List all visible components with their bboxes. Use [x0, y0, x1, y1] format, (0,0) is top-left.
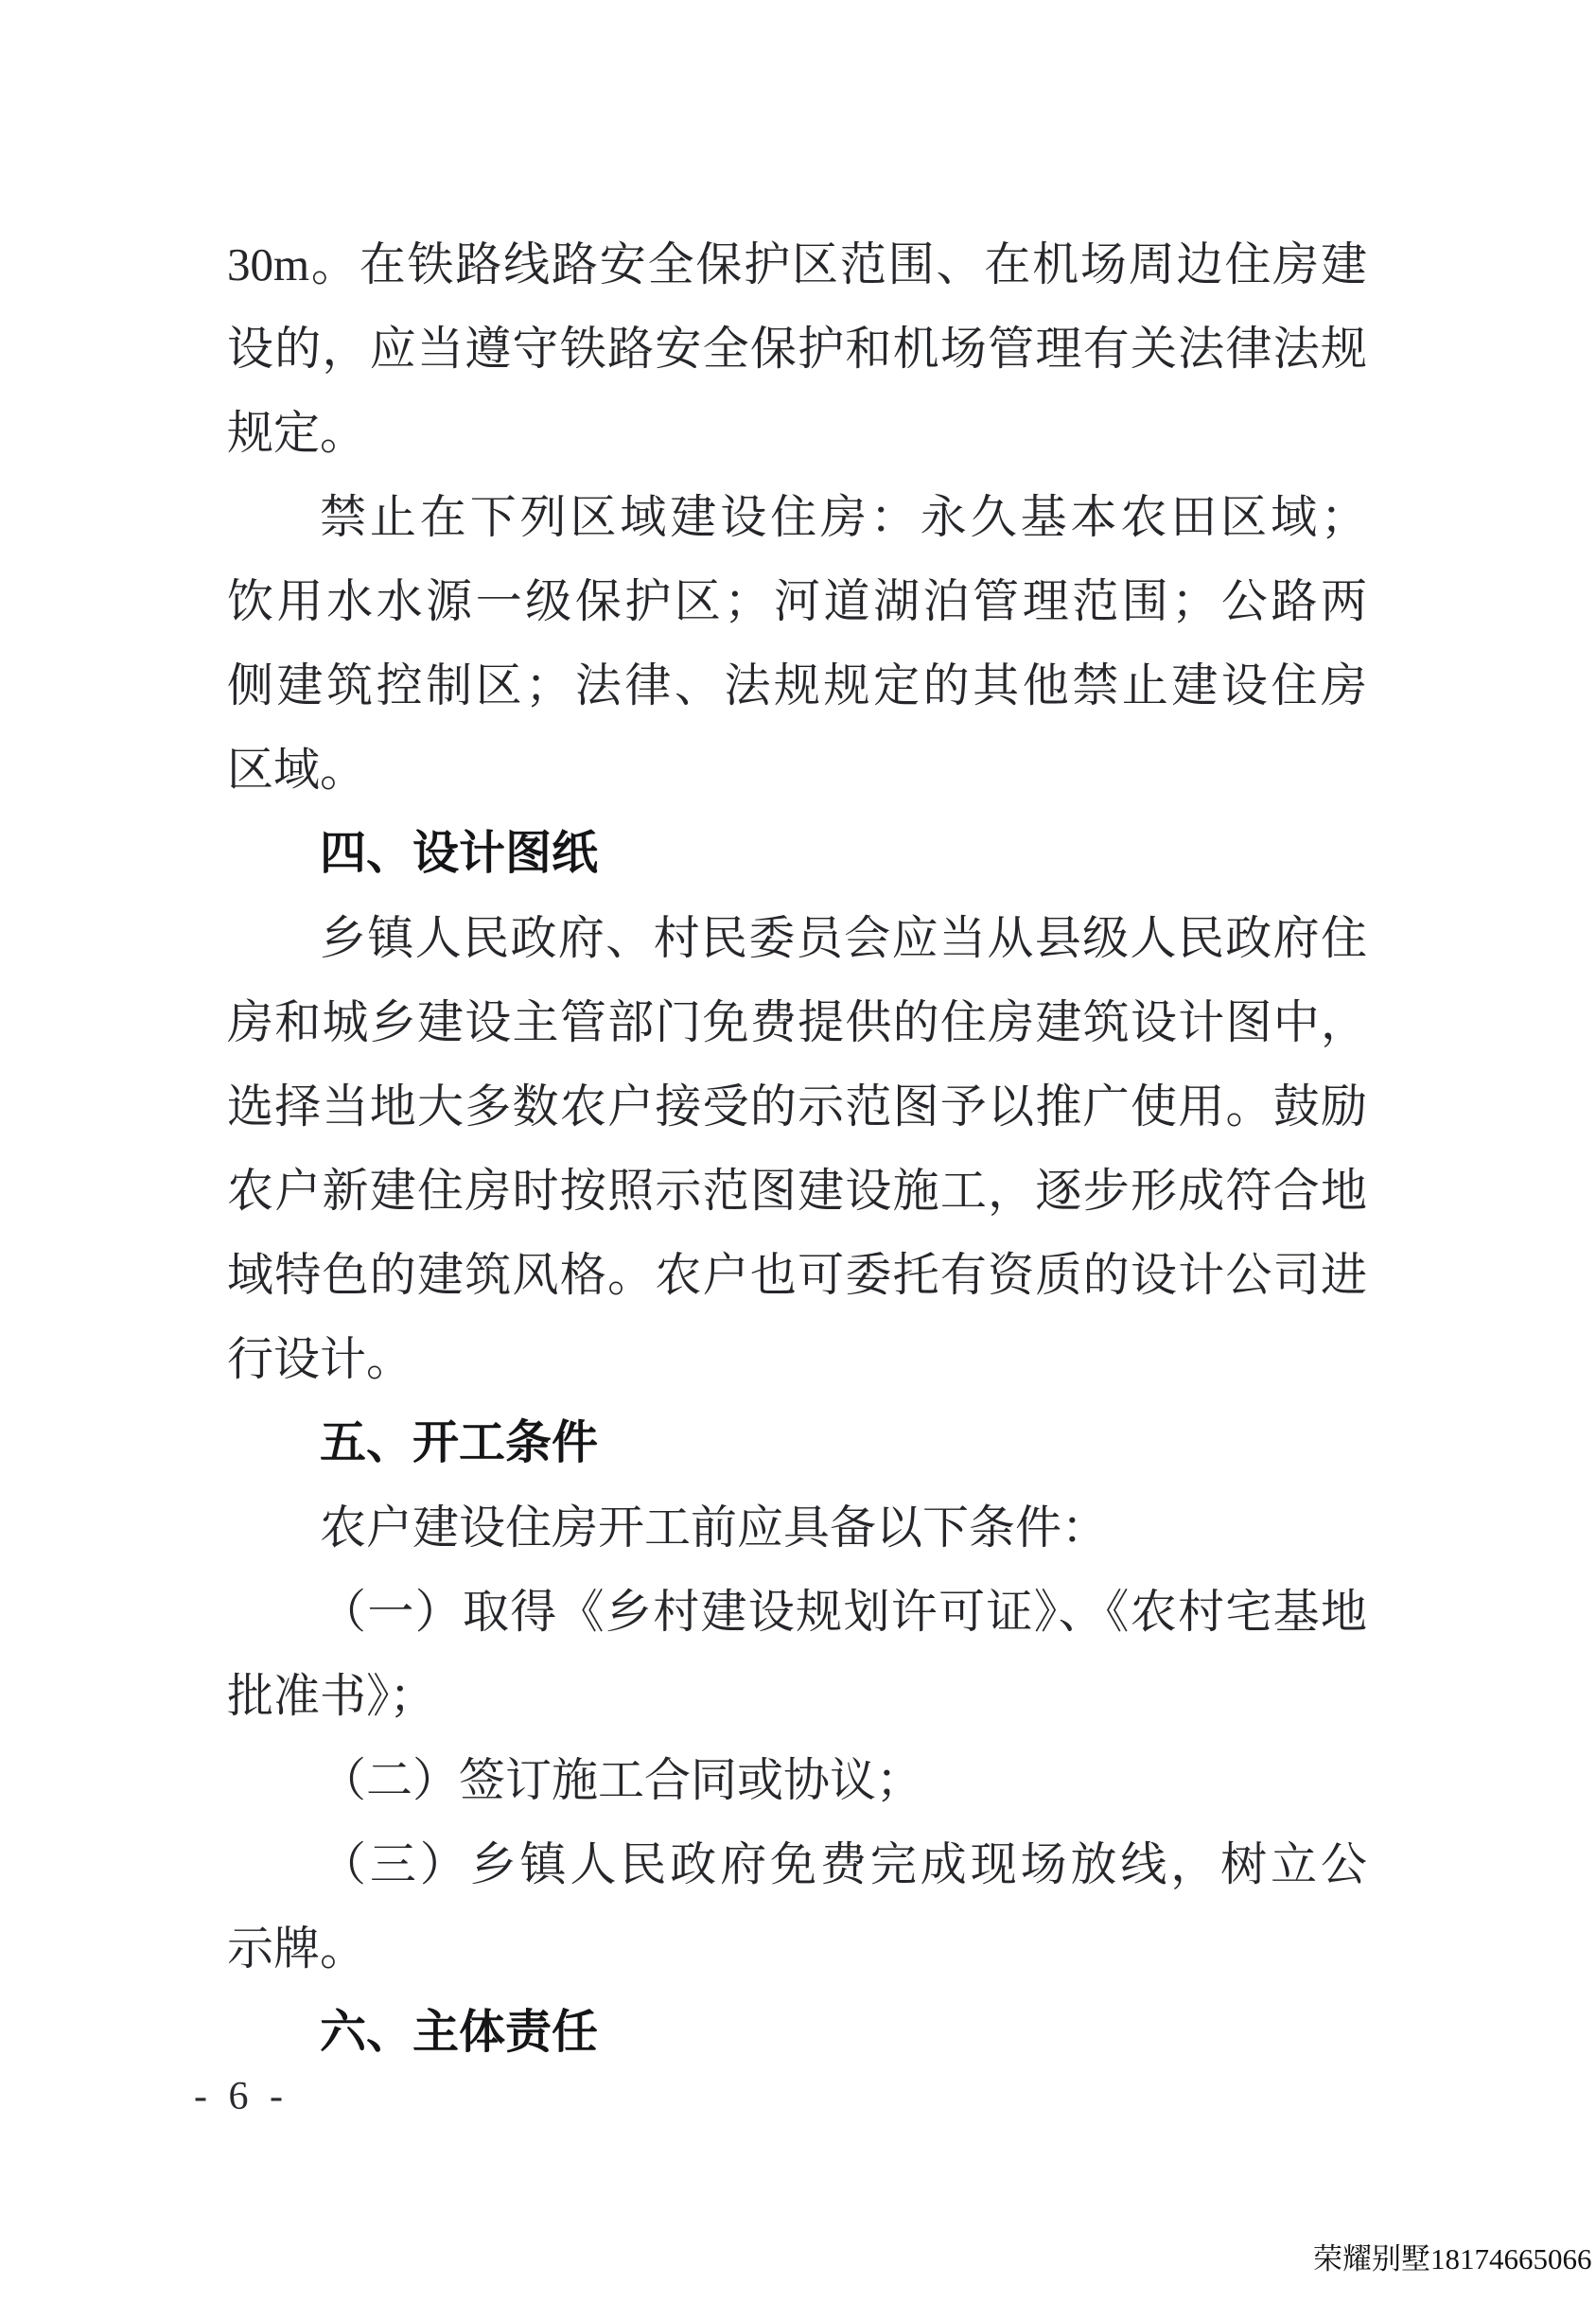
- text-line: 区域。: [227, 728, 1367, 812]
- text-line: 禁止在下列区域建设住房：永久基本农田区域；: [227, 475, 1367, 559]
- text-line: 域特色的建筑风格。农户也可委托有资质的设计公司进: [227, 1233, 1367, 1317]
- watermark-text: 荣耀别墅18174665066: [1313, 2235, 1592, 2277]
- text-line: 行设计。: [227, 1317, 1367, 1401]
- text-line: 乡镇人民政府、村民委员会应当从县级人民政府住: [227, 896, 1367, 980]
- section-heading-4: 四、设计图纸: [227, 812, 1367, 896]
- text-line: 侧建筑控制区；法律、法规规定的其他禁止建设住房: [227, 643, 1367, 728]
- text-line: 示牌。: [227, 1906, 1367, 1991]
- text-line: 饮用水水源一级保护区；河道湖泊管理范围；公路两: [227, 559, 1367, 643]
- text-line: 农户建设住房开工前应具备以下条件：: [227, 1485, 1367, 1570]
- text-line: 房和城乡建设主管部门免费提供的住房建筑设计图中，: [227, 980, 1367, 1064]
- page-number: - 6 -: [194, 2074, 289, 2119]
- text-line: 规定。: [227, 391, 1367, 475]
- text-line: （三）乡镇人民政府免费完成现场放线，树立公: [227, 1822, 1367, 1906]
- text-line: 30m。在铁路线路安全保护区范围、在机场周边住房建: [227, 222, 1367, 307]
- text-line: （一）取得《乡村建设规划许可证》、《农村宅基地: [227, 1570, 1367, 1654]
- text-line: （二）签订施工合同或协议；: [227, 1738, 1367, 1822]
- document-page: 30m。在铁路线路安全保护区范围、在机场周边住房建 设的，应当遵守铁路安全保护和…: [0, 0, 1596, 2301]
- section-heading-5: 五、开工条件: [227, 1401, 1367, 1485]
- section-heading-6: 六、主体责任: [227, 1991, 1367, 2075]
- text-line: 设的，应当遵守铁路安全保护和机场管理有关法律法规: [227, 307, 1367, 391]
- document-body: 30m。在铁路线路安全保护区范围、在机场周边住房建 设的，应当遵守铁路安全保护和…: [227, 222, 1367, 2075]
- text-line: 农户新建住房时按照示范图建设施工，逐步形成符合地: [227, 1149, 1367, 1233]
- text-line: 批准书》；: [227, 1654, 1367, 1738]
- text-line: 选择当地大多数农户接受的示范图予以推广使用。鼓励: [227, 1064, 1367, 1149]
